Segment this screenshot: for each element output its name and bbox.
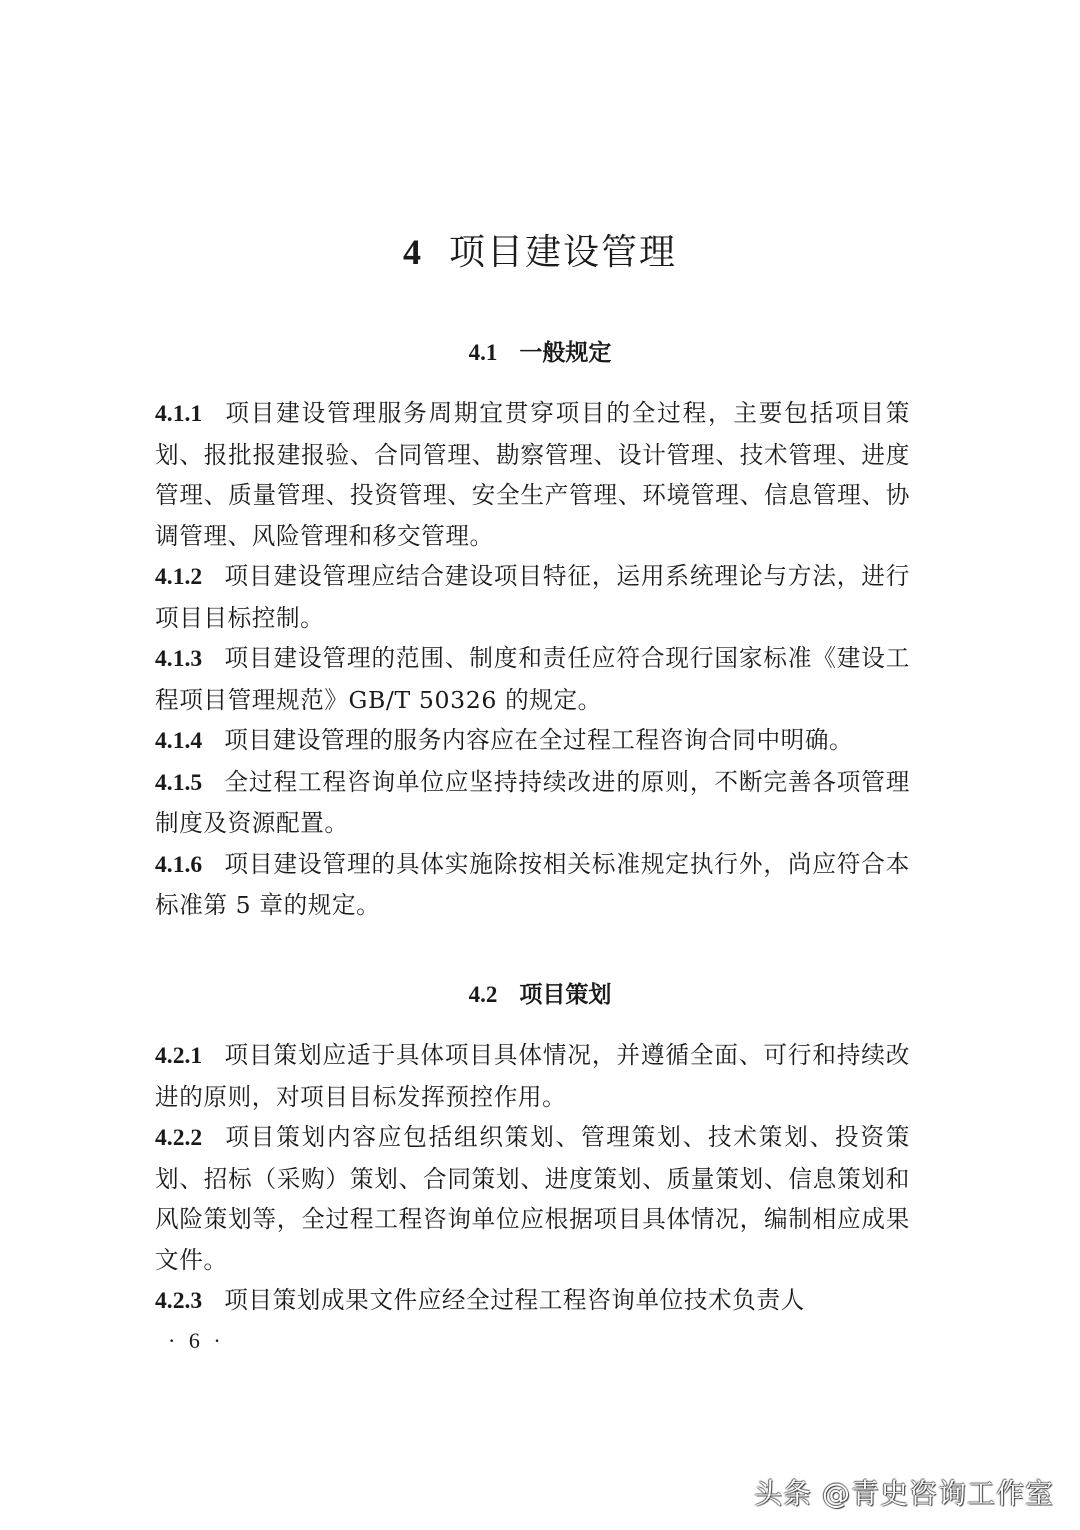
section-4-1-body: 4.1.1项目建设管理服务周期宜贯穿项目的全过程，主要包括项目策划、报批报建报验… [155, 393, 910, 926]
section-title-4-2: 4.2项目策划 [0, 978, 1080, 1012]
clause-4-2-3: 4.2.3项目策划成果文件应经全过程工程咨询单位技术负责人 [155, 1280, 910, 1322]
clause-text: 项目建设管理的服务内容应在全过程工程咨询合同中明确。 [224, 726, 853, 754]
section-title-text: 项目策划 [519, 982, 611, 1008]
clause-number: 4.1.4 [155, 728, 202, 754]
clause-text: 项目建设管理的范围、制度和责任应符合现行国家标准《建设工程项目管理规范》GB/T… [155, 644, 910, 714]
clause-text: 全过程工程咨询单位应坚持持续改进的原则，不断完善各项管理制度及资源配置。 [155, 768, 910, 838]
clause-text: 项目策划内容应包括组织策划、管理策划、技术策划、投资策划、招标（采购）策划、合同… [155, 1123, 910, 1274]
chapter-title: 4项目建设管理 [0, 226, 1080, 279]
clause-text: 项目策划成果文件应经全过程工程咨询单位技术负责人 [224, 1286, 805, 1314]
clause-4-1-4: 4.1.4项目建设管理的服务内容应在全过程工程咨询合同中明确。 [155, 720, 910, 762]
section-number: 4.2 [469, 982, 498, 1007]
clause-number: 4.1.6 [155, 852, 202, 878]
clause-text: 项目建设管理应结合建设项目特征，运用系统理论与方法，进行项目目标控制。 [155, 562, 910, 632]
chapter-title-text: 项目建设管理 [449, 232, 677, 273]
clause-4-1-6: 4.1.6项目建设管理的具体实施除按相关标准规定执行外，尚应符合本标准第 5 章… [155, 844, 910, 926]
section-number: 4.1 [469, 340, 498, 365]
clause-4-2-2: 4.2.2项目策划内容应包括组织策划、管理策划、技术策划、投资策划、招标（采购）… [155, 1117, 910, 1280]
clause-4-1-2: 4.1.2项目建设管理应结合建设项目特征，运用系统理论与方法，进行项目目标控制。 [155, 556, 910, 638]
section-4-2-body: 4.2.1项目策划应适于具体项目具体情况，并遵循全面、可行和持续改进的原则，对项… [155, 1035, 910, 1322]
clause-number: 4.1.5 [155, 770, 202, 796]
clause-number: 4.1.3 [155, 646, 202, 672]
clause-4-2-1: 4.2.1项目策划应适于具体项目具体情况，并遵循全面、可行和持续改进的原则，对项… [155, 1035, 910, 1117]
section-title-4-1: 4.1一般规定 [0, 336, 1080, 370]
clause-text: 项目建设管理的具体实施除按相关标准规定执行外，尚应符合本标准第 5 章的规定。 [155, 850, 910, 920]
clause-4-1-1: 4.1.1项目建设管理服务周期宜贯穿项目的全过程，主要包括项目策划、报批报建报验… [155, 393, 910, 556]
section-title-text: 一般规定 [519, 340, 611, 366]
document-page: 4项目建设管理 4.1一般规定 4.1.1项目建设管理服务周期宜贯穿项目的全过程… [0, 0, 1080, 1530]
clause-4-1-5: 4.1.5全过程工程咨询单位应坚持持续改进的原则，不断完善各项管理制度及资源配置… [155, 762, 910, 844]
clause-text: 项目策划应适于具体项目具体情况，并遵循全面、可行和持续改进的原则，对项目目标发挥… [155, 1041, 910, 1111]
clause-number: 4.2.2 [155, 1125, 202, 1151]
page-number: · 6 · [168, 1328, 225, 1354]
clause-number: 4.2.3 [155, 1288, 202, 1314]
clause-4-1-3: 4.1.3项目建设管理的范围、制度和责任应符合现行国家标准《建设工程项目管理规范… [155, 638, 910, 720]
source-watermark: 头条 @青史咨询工作室 [754, 1472, 1054, 1512]
clause-number: 4.2.1 [155, 1043, 202, 1069]
clause-number: 4.1.1 [155, 401, 202, 427]
clause-text: 项目建设管理服务周期宜贯穿项目的全过程，主要包括项目策划、报批报建报验、合同管理… [155, 399, 910, 550]
clause-number: 4.1.2 [155, 564, 202, 590]
chapter-number: 4 [403, 232, 423, 272]
